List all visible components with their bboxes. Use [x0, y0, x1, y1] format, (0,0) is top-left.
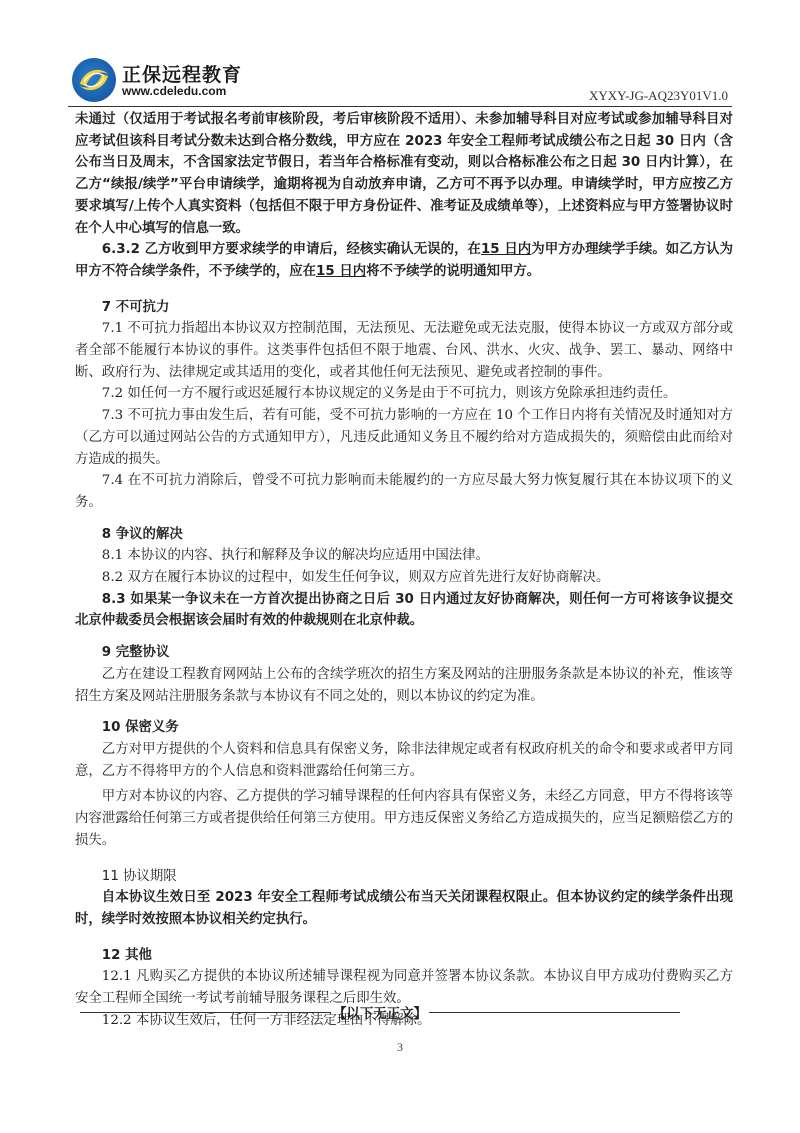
clause-7-2: 7.2 如任何一方不履行或迟延履行本协议规定的义务是由于不可抗力，则该方免除承担…	[75, 383, 733, 405]
clause-7-3: 7.3 不可抗力事由发生后，若有可能，受不可抗力影响的一方应在 10 个工作日内…	[75, 405, 733, 470]
paragraph-continued: 未通过（仅适用于考试报名考前审核阶段，考后审核阶段不适用）、未参加辅导科目对应考…	[75, 109, 733, 239]
divider-right	[429, 1012, 680, 1013]
underlined-term: 15 日内	[316, 264, 366, 279]
brand-logo-icon	[72, 58, 116, 102]
section-7-heading: 7 不可抗力	[75, 297, 733, 319]
end-of-text-marker: 【以下无正文】	[80, 1003, 680, 1022]
clause-8-1: 8.1 本协议的内容、执行和解释及争议的解决均应适用中国法律。	[75, 545, 733, 567]
header-divider	[68, 106, 732, 107]
document-body: 未通过（仅适用于考试报名考前审核阶段，考后审核阶段不适用）、未参加辅导科目对应考…	[75, 109, 733, 1031]
clause-7-1: 7.1 不可抗力指超出本协议双方控制范围，无法预见、无法避免或无法克服，使得本协…	[75, 318, 733, 383]
divider-left	[80, 1012, 331, 1013]
document-header: 正保远程教育 www.cdeledu.com XYXY-JG-AQ23Y01V1…	[68, 56, 732, 106]
clause-10-1: 乙方对甲方提供的个人资料和信息具有保密义务，除非法律规定或者有权政府机关的命令和…	[75, 739, 733, 782]
underlined-term: 15 日内	[481, 242, 531, 257]
section-12-heading: 12 其他	[75, 945, 733, 967]
clause-text: 6.3.2 乙方收到甲方要求续学的申请后，经核实确认无误的，在	[102, 242, 481, 257]
clause-8-3: 8.3 如果某一争议未在一方首次提出协商之日后 30 日内通过友好协商解决，则任…	[75, 589, 733, 632]
brand-url: www.cdeledu.com	[122, 84, 226, 98]
clause-9-1: 乙方在建设工程教育网网站上公布的含续学班次的招生方案及网站的注册服务条款是本协议…	[75, 664, 733, 707]
section-10-heading: 10 保密义务	[75, 717, 733, 739]
page-number: 3	[0, 1040, 800, 1055]
clause-text: 将不予续学的说明通知甲方。	[366, 264, 540, 279]
section-11-heading: 11 协议期限	[75, 866, 733, 888]
brand-name: 正保远程教育	[122, 60, 242, 87]
clause-10-2: 甲方对本协议的内容、乙方提供的学习辅导课程的任何内容具有保密义务，未经乙方同意，…	[75, 786, 733, 851]
section-8-heading: 8 争议的解决	[75, 524, 733, 546]
clause-11-1: 自本协议生效日至 2023 年安全工程师考试成绩公布当天关闭课程权限止。但本协议…	[75, 887, 733, 930]
clause-8-2: 8.2 双方在履行本协议的过程中，如发生任何争议，则双方应首先进行友好协商解决。	[75, 567, 733, 589]
clause-6-3-2: 6.3.2 乙方收到甲方要求续学的申请后，经核实确认无误的，在15 日内为甲方办…	[75, 239, 733, 282]
clause-7-4: 7.4 在不可抗力消除后，曾受不可抗力影响而未能履约的一方应尽最大努力恢复履行其…	[75, 470, 733, 513]
section-9-heading: 9 完整协议	[75, 642, 733, 664]
end-marker-label: 【以下无正文】	[331, 1003, 429, 1022]
document-code: XYXY-JG-AQ23Y01V1.0	[589, 88, 728, 104]
